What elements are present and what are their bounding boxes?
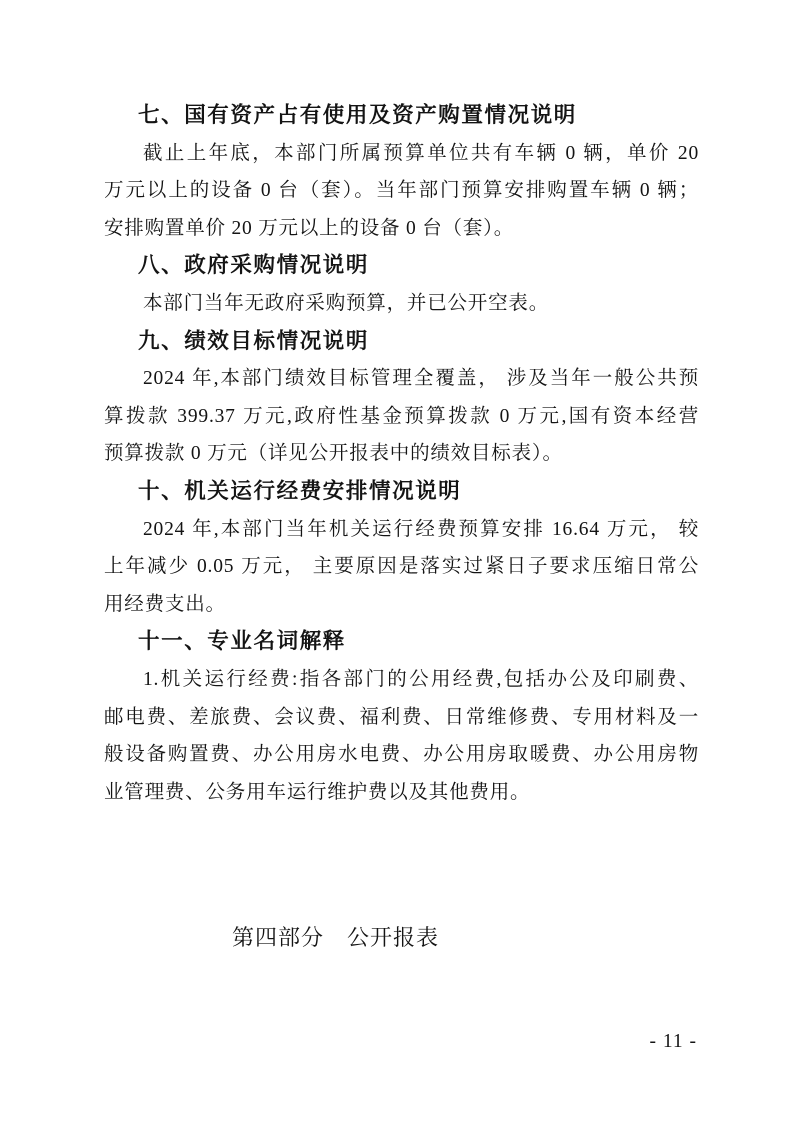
paragraph-line: 截止上年底，本部门所属预算单位共有车辆 0 辆，单价 20	[104, 135, 699, 173]
paragraph-line: 万元以上的设备 0 台（套）。当年部门预算安排购置车辆 0 辆；	[104, 172, 699, 210]
paragraph-line: 上年减少 0.05 万元， 主要原因是落实过紧日子要求压缩日常公	[104, 548, 699, 586]
paragraph-line: 本部门当年无政府采购预算，并已公开空表。	[104, 285, 699, 323]
paragraph-line: 邮电费、差旅费、会议费、福利费、日常维修费、专用材料及一	[104, 699, 699, 737]
section-heading-3: 九、绩效目标情况说明	[104, 323, 699, 361]
paragraph-line: 用经费支出。	[104, 586, 699, 624]
section-heading-5: 十一、专业名词解释	[104, 623, 699, 661]
paragraph-line: 般设备购置费、办公用房水电费、办公用房取暖费、办公用房物	[104, 736, 699, 774]
section-heading-4: 十、机关运行经费安排情况说明	[104, 473, 699, 511]
document-body: 七、国有资产占有使用及资产购置情况说明截止上年底，本部门所属预算单位共有车辆 0…	[104, 97, 699, 811]
part4-heading: 第四部分 公开报表	[232, 922, 439, 954]
paragraph-line: 业管理费、公务用车运行维护费以及其他费用。	[104, 774, 699, 812]
paragraph-line: 算拨款 399.37 万元,政府性基金预算拨款 0 万元,国有资本经营	[104, 398, 699, 436]
paragraph-line: 2024 年,本部门绩效目标管理全覆盖， 涉及当年一般公共预	[104, 360, 699, 398]
paragraph-line: 预算拨款 0 万元（详见公开报表中的绩效目标表）。	[104, 435, 699, 473]
section-heading-1: 七、国有资产占有使用及资产购置情况说明	[104, 97, 699, 135]
paragraph-line: 1.机关运行经费:指各部门的公用经费,包括办公及印刷费、	[104, 661, 699, 699]
section-heading-2: 八、政府采购情况说明	[104, 247, 699, 285]
page-number: - 11 -	[649, 1029, 697, 1055]
document-page: 七、国有资产占有使用及资产购置情况说明截止上年底，本部门所属预算单位共有车辆 0…	[0, 0, 793, 1122]
paragraph-line: 2024 年,本部门当年机关运行经费预算安排 16.64 万元， 较	[104, 511, 699, 549]
paragraph-line: 安排购置单价 20 万元以上的设备 0 台（套）。	[104, 210, 699, 248]
